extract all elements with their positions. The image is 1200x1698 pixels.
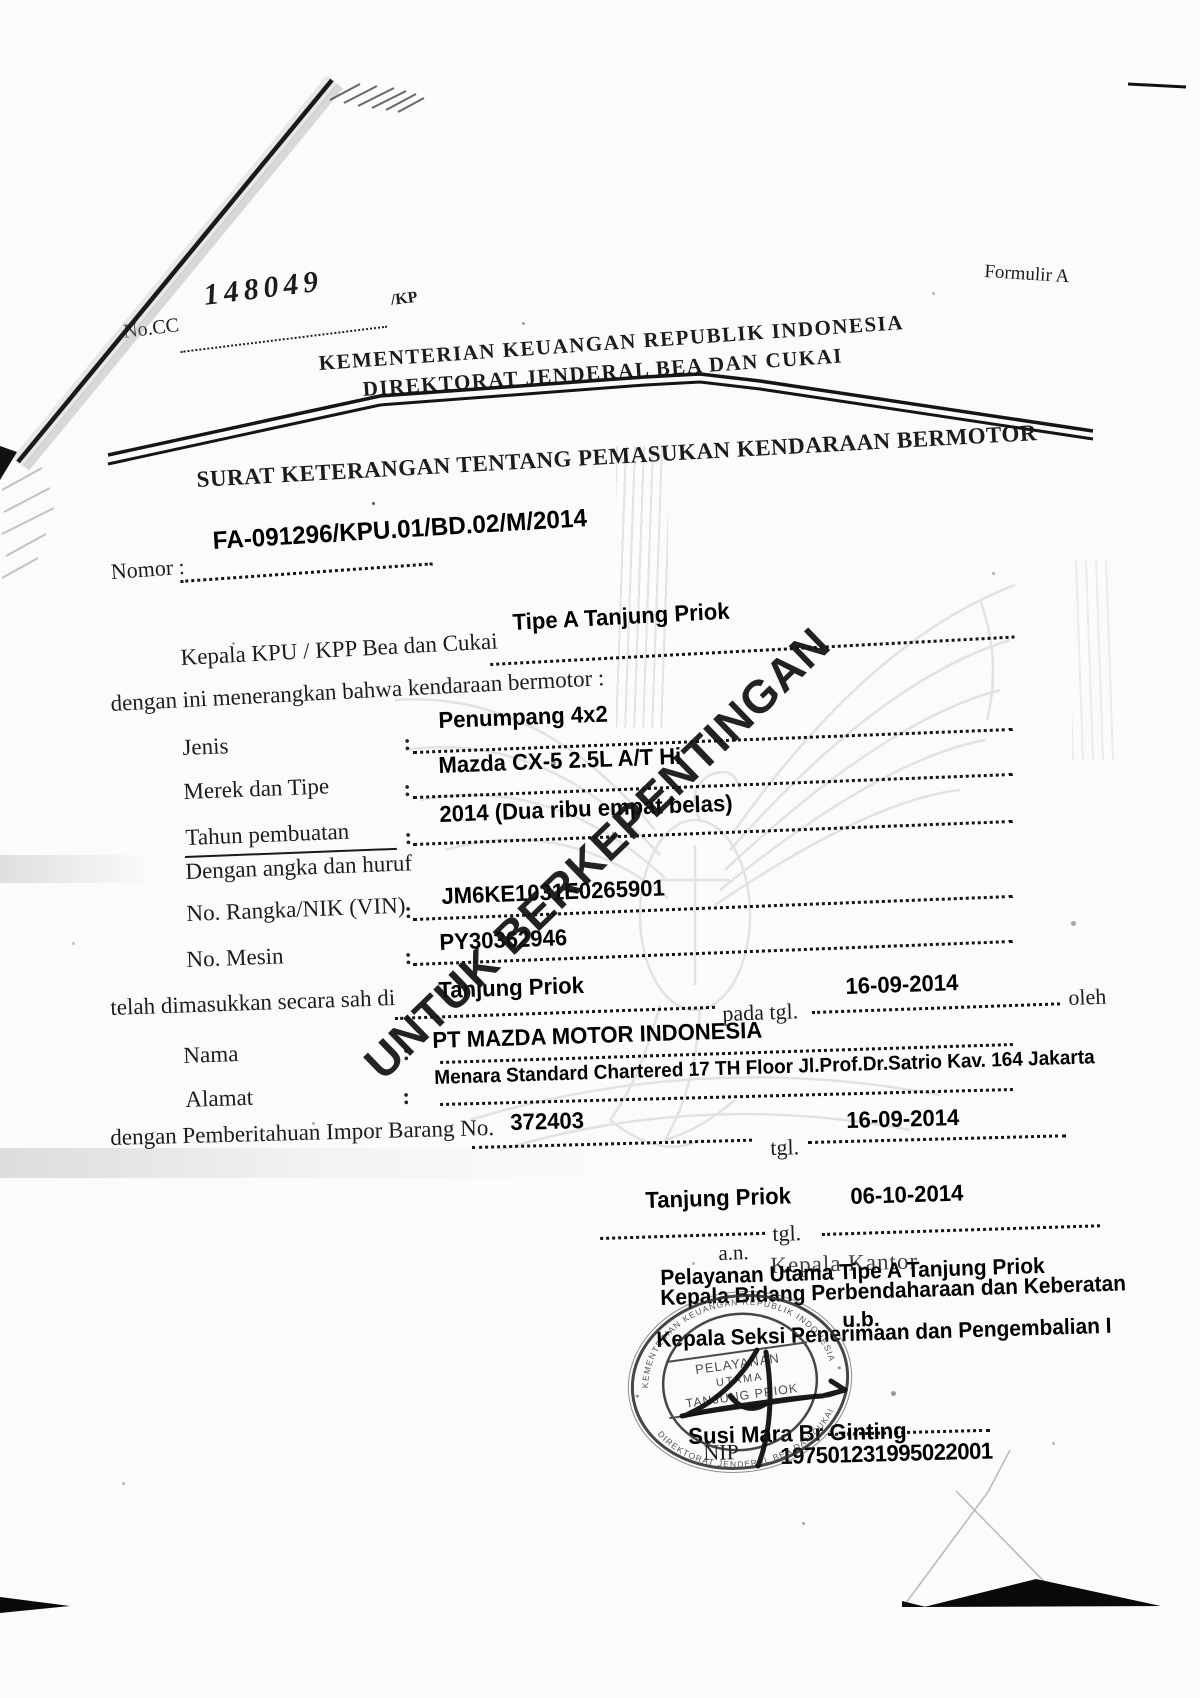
nip-value: 197501231995022001	[780, 1438, 993, 1468]
field-label-merek: Merek dan Tipe	[183, 774, 329, 804]
pib-tgl-label: tgl.	[770, 1135, 799, 1159]
signoff-place-dots	[600, 1229, 765, 1240]
signoff-date-dots	[822, 1221, 1100, 1236]
pib-number-dots	[472, 1136, 752, 1149]
colon: :	[404, 944, 413, 970]
pib-number: 372403	[510, 1108, 584, 1134]
scanned-document-page: Formulir A No.CC 148049 /KP KEMENTERIAN …	[0, 0, 1200, 1698]
alamat-dots	[440, 1085, 1013, 1106]
pib-date-dots	[808, 1131, 1066, 1144]
signoff-date: 06-10-2014	[850, 1180, 964, 1208]
colon: :	[402, 1084, 410, 1110]
field-label-jenis: Jenis	[182, 734, 229, 760]
colon: :	[403, 776, 412, 802]
nomor-dotted-line	[180, 559, 433, 583]
entry-oleh: oleh	[1068, 985, 1107, 1009]
entry-date-dots	[812, 999, 1060, 1014]
nama-label: Nama	[183, 1042, 239, 1068]
pib-prefix: dengan Pemberitahuan Impor Barang No.	[110, 1116, 494, 1150]
field-value-jenis: Penumpang 4x2	[438, 701, 608, 732]
formulir-a-label: Formulir A	[984, 262, 1070, 287]
kepala-kpu-value: Tipe A Tanjung Priok	[512, 599, 730, 634]
nip-label: NIP	[703, 1440, 739, 1464]
kepala-kpu-label: Kepala KPU / KPP Bea dan Cukai	[180, 629, 498, 670]
colon: :	[404, 898, 413, 924]
kepala-kpu-dotted-line	[490, 633, 1015, 666]
signoff-place: Tanjung Priok	[645, 1183, 791, 1212]
signoff-an: a.n.	[718, 1241, 749, 1264]
nomor-value: FA-091296/KPU.01/BD.02/M/2014	[212, 505, 588, 554]
field-label-vin: No. Rangka/NIK (VIN)	[186, 894, 406, 927]
nama-value: PT MAZDA MOTOR INDONESIA	[432, 1018, 763, 1052]
signoff-line3: Kepala Seksi Penerimaan dan Pengembalian…	[656, 1314, 1112, 1351]
entry-date-value: 16-09-2014	[845, 970, 959, 998]
entry-prefix: telah dimasukkan secara sah di	[110, 986, 396, 1020]
no-cc-suffix: /KP	[390, 290, 419, 310]
pib-date: 16-09-2014	[846, 1105, 960, 1132]
document-title: SURAT KETERANGAN TENTANG PEMASUKAN KENDA…	[196, 421, 1038, 492]
no-cc-number: 148049	[202, 265, 325, 311]
signoff-tgl-label: tgl.	[772, 1221, 801, 1245]
no-cc-label: No.CC	[122, 315, 180, 343]
colon: :	[403, 730, 412, 756]
alamat-label: Alamat	[185, 1086, 254, 1112]
field-label-tahun: Tahun pembuatan	[185, 820, 350, 850]
field-label-mesin: No. Mesin	[186, 944, 284, 972]
colon: :	[404, 824, 413, 850]
nomor-label: Nomor :	[110, 555, 185, 583]
